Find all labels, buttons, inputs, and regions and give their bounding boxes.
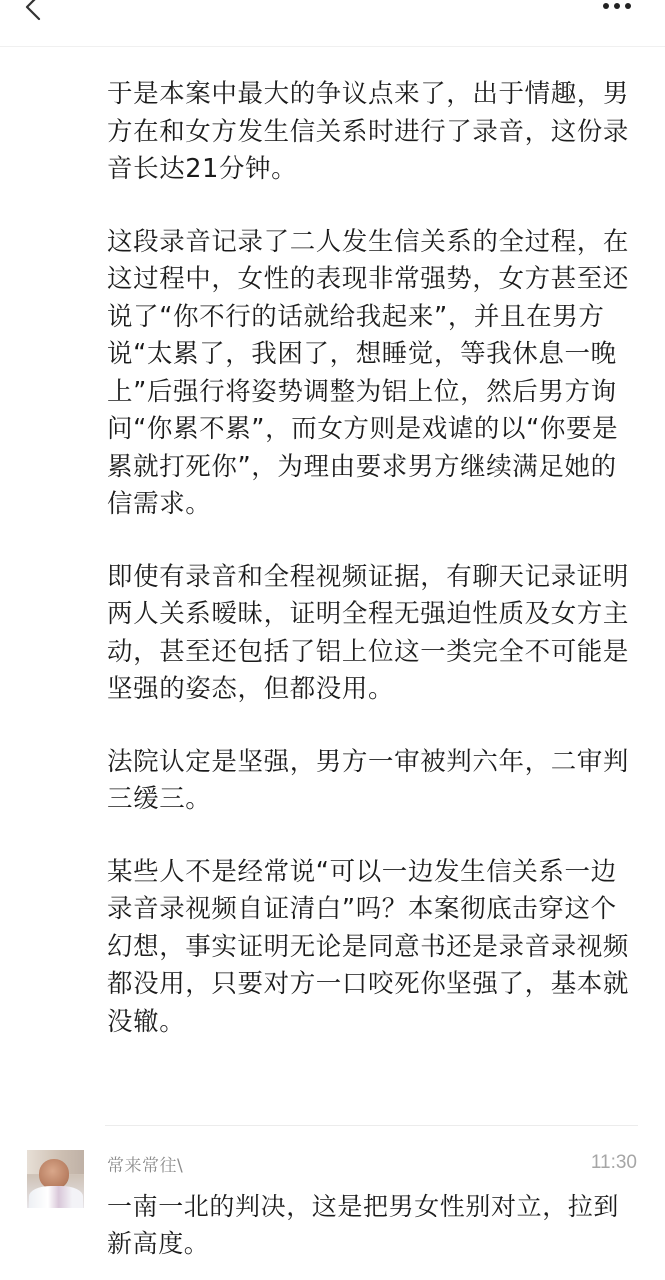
more-horizontal-icon [597,0,637,16]
avatar-body [29,1186,83,1208]
article-paragraph-1: 于是本案中最大的争议点来了，出于情趣，男方在和女方发生信关系时进行了录音，这份录… [107,76,637,189]
back-button[interactable] [16,0,46,24]
article-paragraph-2: 这段录音记录了二人发生信关系的全过程，在这过程中，女性的表现非常强势，女方甚至还… [107,224,637,524]
avatar-face [39,1159,69,1189]
comment-author-name[interactable]: 常来常往\ [107,1151,183,1176]
avatar[interactable] [27,1150,84,1208]
chevron-left-icon [16,0,46,24]
more-options-button[interactable] [597,0,637,16]
top-navigation-bar [0,0,665,47]
article-body: 于是本案中最大的争议点来了，出于情趣，男方在和女方发生信关系时进行了录音，这份录… [107,76,637,1076]
article-paragraph-3: 即使有录音和全程视频证据，有聊天记录证明两人关系暧昧，证明全程无强迫性质及女方主… [107,559,637,709]
article-paragraph-5: 某些人不是经常说“可以一边发生信关系一边录音录视频自证清白”吗？本案彻底击穿这个… [107,854,637,1042]
comment-section-divider [105,1125,638,1126]
comment-text: 一南一北的判决，这是把男女性别对立，拉到新高度。 [107,1188,632,1262]
article-paragraph-4: 法院认定是坚强，男方一审被判六年，二审判三缓三。 [107,744,637,819]
comment-timestamp: 11:30 [591,1152,637,1174]
